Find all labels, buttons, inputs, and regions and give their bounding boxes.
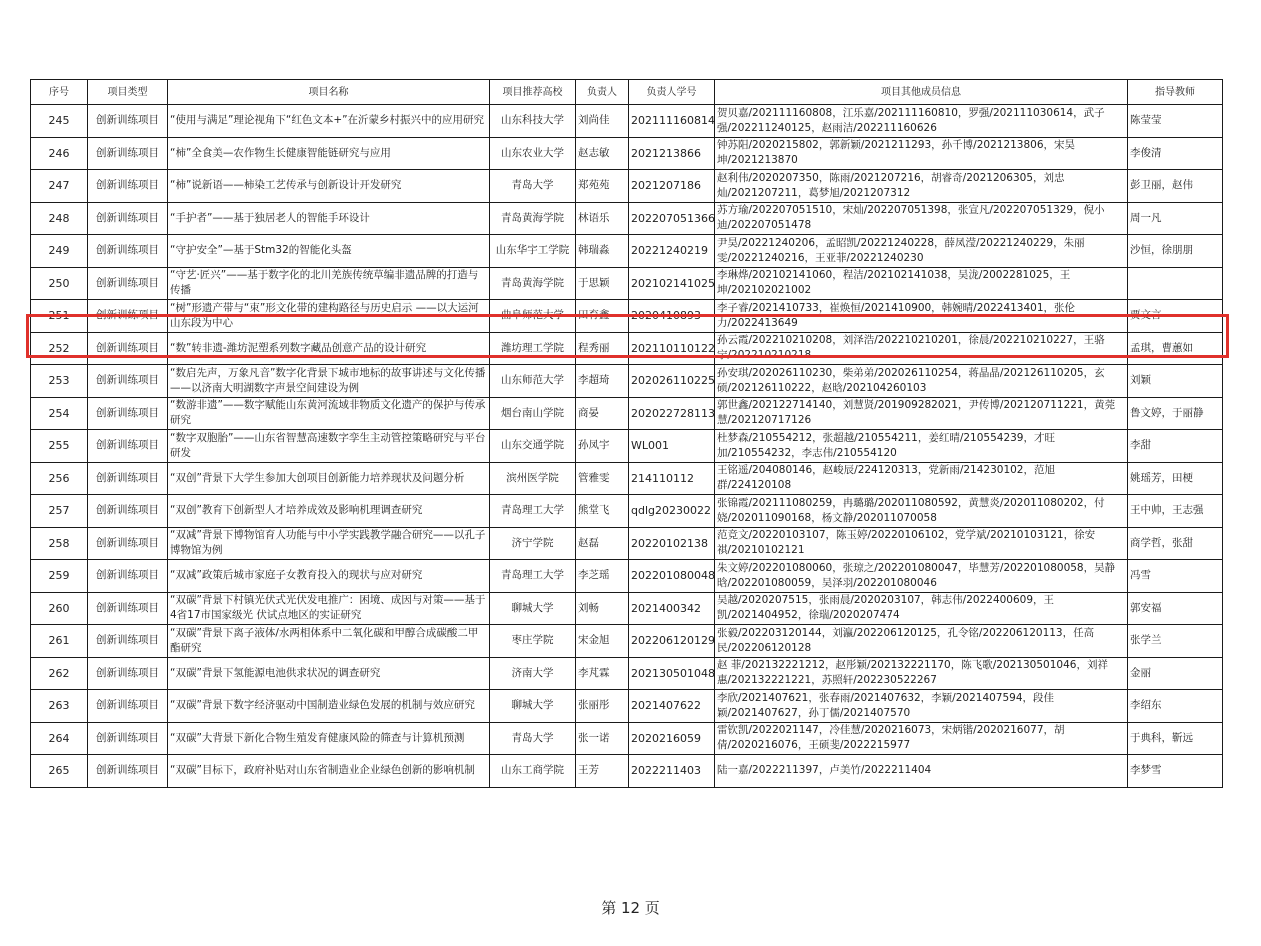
- table-body: 245创新训练项目“使用与满足”理论视角下“红色文本+”在沂蒙乡村振兴中的应用研…: [31, 105, 1223, 788]
- cell-teacher: 孟琪，曹蕙如: [1128, 332, 1223, 365]
- cell-school: 潍坊理工学院: [490, 332, 576, 365]
- cell-name: “数游非遗”——数字赋能山东黄河流域非物质文化遗产的保护与传承研究: [168, 397, 490, 430]
- cell-no: 254: [31, 397, 88, 430]
- cell-leader: 商晏: [576, 397, 629, 430]
- cell-leader: 刘畅: [576, 592, 629, 625]
- cell-leader: 李超琦: [576, 365, 629, 398]
- cell-no: 264: [31, 722, 88, 755]
- cell-type: 创新训练项目: [88, 592, 168, 625]
- cell-school: 济宁学院: [490, 527, 576, 560]
- cell-leader: 管雅雯: [576, 462, 629, 495]
- cell-teacher: 郭安福: [1128, 592, 1223, 625]
- cell-leader-id: 202102141025: [629, 267, 715, 300]
- cell-school: 青岛黄海学院: [490, 267, 576, 300]
- cell-teacher: 彭卫丽，赵伟: [1128, 170, 1223, 203]
- cell-leader: 李芃霖: [576, 657, 629, 690]
- cell-leader: 田育鑫: [576, 300, 629, 333]
- cell-members: 王铭遥/204080146，赵峻辰/224120313，党新雨/21423010…: [715, 462, 1128, 495]
- cell-teacher: 李俊清: [1128, 137, 1223, 170]
- cell-leader-id: 202207051366: [629, 202, 715, 235]
- cell-teacher: 张学兰: [1128, 625, 1223, 658]
- table-row: 261创新训练项目“双碳”背景下离子液体/水两相体系中二氧化碳和甲醇合成碳酸二甲…: [31, 625, 1223, 658]
- cell-teacher: 商学哲，张甜: [1128, 527, 1223, 560]
- cell-leader-id: 202206120129: [629, 625, 715, 658]
- cell-type: 创新训练项目: [88, 202, 168, 235]
- cell-type: 创新训练项目: [88, 462, 168, 495]
- cell-teacher: 贾文言: [1128, 300, 1223, 333]
- cell-leader: 赵志敏: [576, 137, 629, 170]
- cell-school: 山东工商学院: [490, 755, 576, 788]
- header-teacher: 指导教师: [1128, 80, 1223, 105]
- cell-leader: 张一诺: [576, 722, 629, 755]
- cell-leader-id: 20221240219: [629, 235, 715, 268]
- cell-teacher: 冯雪: [1128, 560, 1223, 593]
- cell-name: “双减”政策后城市家庭子女教育投入的现状与应对研究: [168, 560, 490, 593]
- cell-leader-id: 2021213866: [629, 137, 715, 170]
- cell-no: 251: [31, 300, 88, 333]
- cell-members: 杜梦森/210554212，张超越/210554211，姜红晴/21055423…: [715, 430, 1128, 463]
- table-row: 252创新训练项目“数”转非遗-潍坊泥塑系列数字藏品创意产品的设计研究潍坊理工学…: [31, 332, 1223, 365]
- cell-type: 创新训练项目: [88, 755, 168, 788]
- page-number: 第 12 页: [0, 897, 1261, 918]
- cell-leader-id: 20220102138: [629, 527, 715, 560]
- table-row: 262创新训练项目“双碳”背景下氢能源电池供求状况的调查研究济南大学李芃霖202…: [31, 657, 1223, 690]
- cell-no: 245: [31, 105, 88, 138]
- cell-members: 赵利伟/2020207350，陈雨/2021207216，胡睿奇/2021206…: [715, 170, 1128, 203]
- cell-type: 创新训练项目: [88, 397, 168, 430]
- cell-leader: 林语乐: [576, 202, 629, 235]
- cell-leader-id: 202201080048: [629, 560, 715, 593]
- cell-type: 创新训练项目: [88, 365, 168, 398]
- cell-no: 255: [31, 430, 88, 463]
- cell-name: “守护安全”—基于Stm32的智能化头盔: [168, 235, 490, 268]
- cell-name: “双碳”大背景下新化合物生殖发育健康风险的筛查与计算机预测: [168, 722, 490, 755]
- cell-members: 张锦霞/202111080259，冉璐璐/202011080592，黄慧炎/20…: [715, 495, 1128, 528]
- cell-no: 257: [31, 495, 88, 528]
- cell-name: “守艺·匠兴”——基于数字化的北川羌族传统草编非遗品牌的打造与传播: [168, 267, 490, 300]
- cell-type: 创新训练项目: [88, 170, 168, 203]
- cell-leader: 王芳: [576, 755, 629, 788]
- table-row: 248创新训练项目“手护者”——基于独居老人的智能手环设计青岛黄海学院林语乐20…: [31, 202, 1223, 235]
- table-row: 260创新训练项目“双碳”背景下村镇光伏式光伏发电推广：困境、成因与对策——基于…: [31, 592, 1223, 625]
- cell-leader-id: qdlg20230022: [629, 495, 715, 528]
- cell-members: 赵 菲/202132221212，赵彤颖/202132221170，陈飞歌/20…: [715, 657, 1128, 690]
- cell-name: “双碳”背景下数字经济驱动中国制造业绿色发展的机制与效应研究: [168, 690, 490, 723]
- cell-leader-id: 214110112: [629, 462, 715, 495]
- cell-name: “柿”全食美—农作物生长健康智能链研究与应用: [168, 137, 490, 170]
- cell-teacher: 鲁文婷，于丽静: [1128, 397, 1223, 430]
- cell-no: 246: [31, 137, 88, 170]
- cell-school: 济南大学: [490, 657, 576, 690]
- cell-leader: 刘尚佳: [576, 105, 629, 138]
- cell-teacher: 李绍东: [1128, 690, 1223, 723]
- cell-leader-id: 2021407622: [629, 690, 715, 723]
- cell-type: 创新训练项目: [88, 300, 168, 333]
- table-row: 254创新训练项目“数游非遗”——数字赋能山东黄河流域非物质文化遗产的保护与传承…: [31, 397, 1223, 430]
- cell-name: “双碳”背景下离子液体/水两相体系中二氧化碳和甲醇合成碳酸二甲酯研究: [168, 625, 490, 658]
- cell-type: 创新训练项目: [88, 560, 168, 593]
- cell-no: 247: [31, 170, 88, 203]
- cell-leader-id: 202022728113: [629, 397, 715, 430]
- table-row: 245创新训练项目“使用与满足”理论视角下“红色文本+”在沂蒙乡村振兴中的应用研…: [31, 105, 1223, 138]
- cell-members: 张毅/202203120144，刘瀛/202206120125，孔令铭/2022…: [715, 625, 1128, 658]
- cell-type: 创新训练项目: [88, 495, 168, 528]
- cell-leader-id: 2021400342: [629, 592, 715, 625]
- cell-teacher: 姚瑶芳，田梗: [1128, 462, 1223, 495]
- cell-leader-id: 202110110122: [629, 332, 715, 365]
- cell-teacher: 金丽: [1128, 657, 1223, 690]
- cell-no: 250: [31, 267, 88, 300]
- cell-teacher: 沙恒，徐朋朋: [1128, 235, 1223, 268]
- cell-school: 山东华宇工学院: [490, 235, 576, 268]
- cell-teacher: 周一凡: [1128, 202, 1223, 235]
- project-table: 序号 项目类型 项目名称 项目推荐高校 负责人 负责人学号 项目其他成员信息 指…: [30, 79, 1223, 788]
- table-row: 251创新训练项目“树”形遗产带与“束”形文化带的建构路径与历史启示 ——以大运…: [31, 300, 1223, 333]
- cell-leader-id: 2020216059: [629, 722, 715, 755]
- table-row: 264创新训练项目“双碳”大背景下新化合物生殖发育健康风险的筛查与计算机预测青岛…: [31, 722, 1223, 755]
- cell-school: 青岛大学: [490, 722, 576, 755]
- cell-name: “树”形遗产带与“束”形文化带的建构路径与历史启示 ——以大运河山东段为中心: [168, 300, 490, 333]
- cell-members: 吴越/2020207515，张雨晨/2020203107，韩志伟/2022400…: [715, 592, 1128, 625]
- cell-name: “使用与满足”理论视角下“红色文本+”在沂蒙乡村振兴中的应用研究: [168, 105, 490, 138]
- cell-type: 创新训练项目: [88, 267, 168, 300]
- cell-name: “手护者”——基于独居老人的智能手环设计: [168, 202, 490, 235]
- cell-name: “数”转非遗-潍坊泥塑系列数字藏品创意产品的设计研究: [168, 332, 490, 365]
- cell-no: 261: [31, 625, 88, 658]
- header-name: 项目名称: [168, 80, 490, 105]
- cell-name: “双减”背景下博物馆育人功能与中小学实践教学融合研究——以孔子博物馆为例: [168, 527, 490, 560]
- cell-no: 256: [31, 462, 88, 495]
- cell-school: 聊城大学: [490, 690, 576, 723]
- cell-teacher: 李梦雪: [1128, 755, 1223, 788]
- cell-leader-id: 202026110225: [629, 365, 715, 398]
- table-row: 249创新训练项目“守护安全”—基于Stm32的智能化头盔山东华宇工学院韩瑞淼2…: [31, 235, 1223, 268]
- cell-school: 烟台南山学院: [490, 397, 576, 430]
- cell-school: 山东交通学院: [490, 430, 576, 463]
- cell-members: 朱文婷/202201080060，张琼之/202201080047，毕慧芳/20…: [715, 560, 1128, 593]
- header-members: 项目其他成员信息: [715, 80, 1128, 105]
- cell-school: 聊城大学: [490, 592, 576, 625]
- cell-school: 山东科技大学: [490, 105, 576, 138]
- cell-school: 青岛理工大学: [490, 560, 576, 593]
- cell-leader-id: WL001: [629, 430, 715, 463]
- cell-no: 259: [31, 560, 88, 593]
- cell-leader: 赵磊: [576, 527, 629, 560]
- cell-teacher: 陈莹莹: [1128, 105, 1223, 138]
- cell-members: 雷钦凯/2022021147，冷佳慧/2020216073，宋炳锴/202021…: [715, 722, 1128, 755]
- cell-members: 苏方瑜/202207051510，宋灿/202207051398，张宣凡/202…: [715, 202, 1128, 235]
- cell-no: 265: [31, 755, 88, 788]
- cell-type: 创新训练项目: [88, 527, 168, 560]
- header-leader: 负责人: [576, 80, 629, 105]
- table-header-row: 序号 项目类型 项目名称 项目推荐高校 负责人 负责人学号 项目其他成员信息 指…: [31, 80, 1223, 105]
- cell-no: 263: [31, 690, 88, 723]
- cell-teacher: 李甜: [1128, 430, 1223, 463]
- cell-type: 创新训练项目: [88, 690, 168, 723]
- cell-no: 249: [31, 235, 88, 268]
- table-row: 263创新训练项目“双碳”背景下数字经济驱动中国制造业绿色发展的机制与效应研究聊…: [31, 690, 1223, 723]
- cell-members: 范竞文/20220103107，陈玉婷/20220106102，党学斌/2021…: [715, 527, 1128, 560]
- table-row: 247创新训练项目“柿”说新语——柿染工艺传承与创新设计开发研究青岛大学郑苑苑2…: [31, 170, 1223, 203]
- cell-leader: 熊堂飞: [576, 495, 629, 528]
- cell-members: 尹昊/20221240206，孟昭凯/20221240228，薛凤滢/20221…: [715, 235, 1128, 268]
- cell-school: 山东师范大学: [490, 365, 576, 398]
- cell-type: 创新训练项目: [88, 235, 168, 268]
- header-type: 项目类型: [88, 80, 168, 105]
- cell-leader-id: 2021207186: [629, 170, 715, 203]
- cell-members: 贺贝嘉/202111160808，江乐嘉/202111160810，罗强/202…: [715, 105, 1128, 138]
- cell-name: “双碳”目标下，政府补贴对山东省制造业企业绿色创新的影响机制: [168, 755, 490, 788]
- cell-members: 李子睿/2021410733，崔焕恒/2021410900，韩婉晴/202241…: [715, 300, 1128, 333]
- cell-members: 孙安琪/202026110230，柴弟弟/202026110254，蒋晶晶/20…: [715, 365, 1128, 398]
- table-row: 253创新训练项目“数启先声，万象凡音”数字化背景下城市地标的故事讲述与文化传播…: [31, 365, 1223, 398]
- cell-name: “双创”教育下创新型人才培养成效及影响机理调查研究: [168, 495, 490, 528]
- cell-no: 260: [31, 592, 88, 625]
- cell-teacher: [1128, 267, 1223, 300]
- cell-teacher: 于典科，靳远: [1128, 722, 1223, 755]
- cell-name: “数字双胞胎”——山东省智慧高速数字孪生主动管控策略研究与平台研发: [168, 430, 490, 463]
- cell-members: 钟苏阳/2020215802，郭新颖/2021211293，孙千博/202121…: [715, 137, 1128, 170]
- cell-name: “双创”背景下大学生参加大创项目创新能力培养现状及问题分析: [168, 462, 490, 495]
- cell-type: 创新训练项目: [88, 625, 168, 658]
- cell-leader-id: 2022211403: [629, 755, 715, 788]
- cell-school: 滨州医学院: [490, 462, 576, 495]
- cell-no: 262: [31, 657, 88, 690]
- cell-school: 曲阜师范大学: [490, 300, 576, 333]
- cell-leader: 孙凤宇: [576, 430, 629, 463]
- cell-members: 李琳烨/202102141060，程洁/202102141038，吴泷/2002…: [715, 267, 1128, 300]
- table-row: 259创新训练项目“双减”政策后城市家庭子女教育投入的现状与应对研究青岛理工大学…: [31, 560, 1223, 593]
- table-row: 265创新训练项目“双碳”目标下，政府补贴对山东省制造业企业绿色创新的影响机制山…: [31, 755, 1223, 788]
- cell-teacher: 王中帅，王志强: [1128, 495, 1223, 528]
- cell-type: 创新训练项目: [88, 430, 168, 463]
- table-row: 246创新训练项目“柿”全食美—农作物生长健康智能链研究与应用山东农业大学赵志敏…: [31, 137, 1223, 170]
- header-school: 项目推荐高校: [490, 80, 576, 105]
- table-row: 255创新训练项目“数字双胞胎”——山东省智慧高速数字孪生主动管控策略研究与平台…: [31, 430, 1223, 463]
- table-row: 257创新训练项目“双创”教育下创新型人才培养成效及影响机理调查研究青岛理工大学…: [31, 495, 1223, 528]
- cell-leader: 张丽彤: [576, 690, 629, 723]
- cell-name: “数启先声，万象凡音”数字化背景下城市地标的故事讲述与文化传播——以济南大明湖数…: [168, 365, 490, 398]
- cell-members: 李欣/2021407621，张春雨/2021407632，李颖/20214075…: [715, 690, 1128, 723]
- table-row: 258创新训练项目“双减”背景下博物馆育人功能与中小学实践教学融合研究——以孔子…: [31, 527, 1223, 560]
- table-row: 250创新训练项目“守艺·匠兴”——基于数字化的北川羌族传统草编非遗品牌的打造与…: [31, 267, 1223, 300]
- cell-type: 创新训练项目: [88, 137, 168, 170]
- cell-members: 郭世鑫/202122714140，刘慧贤/201909282021，尹传博/20…: [715, 397, 1128, 430]
- cell-leader: 于思颖: [576, 267, 629, 300]
- table-row: 256创新训练项目“双创”背景下大学生参加大创项目创新能力培养现状及问题分析滨州…: [31, 462, 1223, 495]
- header-leader-id: 负责人学号: [629, 80, 715, 105]
- cell-school: 青岛大学: [490, 170, 576, 203]
- cell-name: “双碳”背景下村镇光伏式光伏发电推广：困境、成因与对策——基于4省17市国家级光…: [168, 592, 490, 625]
- cell-type: 创新训练项目: [88, 657, 168, 690]
- cell-leader-id: 2020410893: [629, 300, 715, 333]
- cell-type: 创新训练项目: [88, 722, 168, 755]
- cell-school: 青岛黄海学院: [490, 202, 576, 235]
- cell-members: 陆一嘉/2022211397，卢美竹/2022211404: [715, 755, 1128, 788]
- cell-school: 山东农业大学: [490, 137, 576, 170]
- cell-teacher: 刘颖: [1128, 365, 1223, 398]
- cell-leader-id: 202111160814: [629, 105, 715, 138]
- cell-leader: 程秀丽: [576, 332, 629, 365]
- cell-no: 252: [31, 332, 88, 365]
- cell-no: 258: [31, 527, 88, 560]
- cell-leader: 郑苑苑: [576, 170, 629, 203]
- cell-type: 创新训练项目: [88, 332, 168, 365]
- cell-school: 枣庄学院: [490, 625, 576, 658]
- cell-leader-id: 202130501048: [629, 657, 715, 690]
- cell-name: “柿”说新语——柿染工艺传承与创新设计开发研究: [168, 170, 490, 203]
- cell-no: 248: [31, 202, 88, 235]
- cell-school: 青岛理工大学: [490, 495, 576, 528]
- cell-no: 253: [31, 365, 88, 398]
- cell-leader: 李芝瑶: [576, 560, 629, 593]
- header-no: 序号: [31, 80, 88, 105]
- cell-type: 创新训练项目: [88, 105, 168, 138]
- cell-leader: 宋金旭: [576, 625, 629, 658]
- cell-leader: 韩瑞淼: [576, 235, 629, 268]
- cell-name: “双碳”背景下氢能源电池供求状况的调查研究: [168, 657, 490, 690]
- cell-members: 孙云霞/202210210208，刘泽浩/202210210201，徐晨/202…: [715, 332, 1128, 365]
